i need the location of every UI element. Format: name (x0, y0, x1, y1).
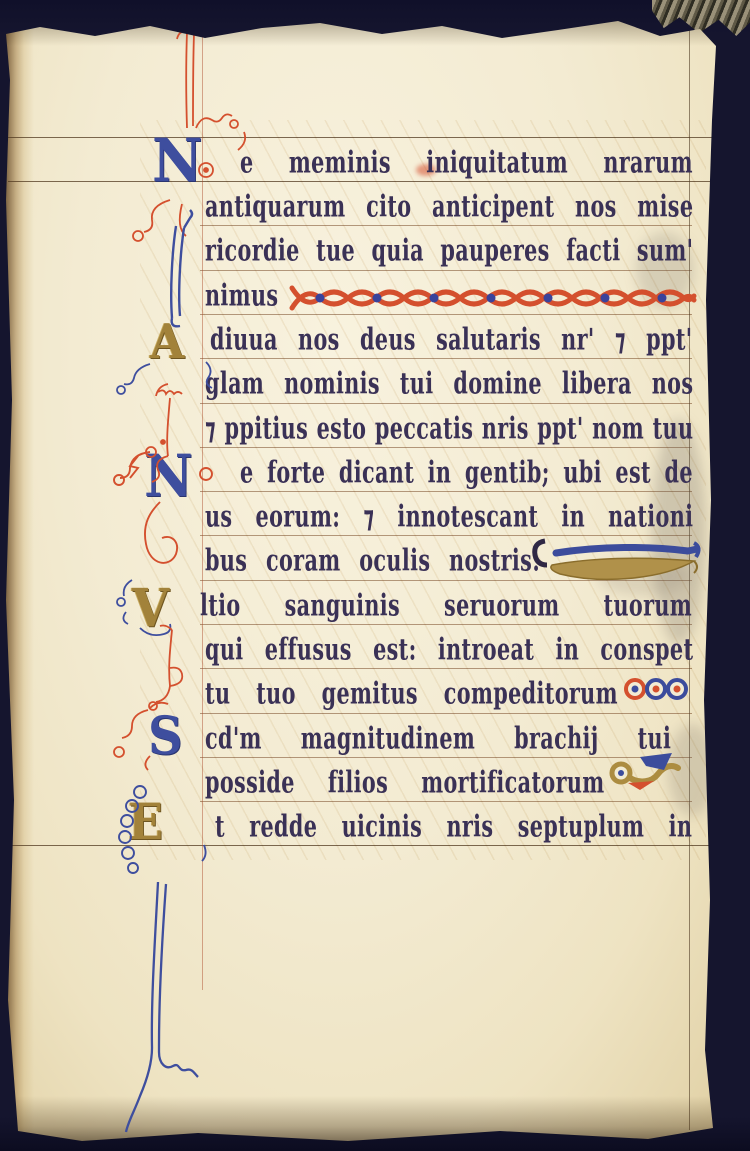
illuminated-initial-N: N (152, 126, 202, 196)
text-line-8: e forte dicant in gentib; ubi est de (240, 451, 693, 499)
bottom-edge-shadow (0, 1096, 750, 1151)
text-line-9: us eorum: ⁊ innotescant in nationi (205, 495, 693, 543)
text-line-7: ⁊ ppitius esto peccatis nris ppt' nom tu… (205, 407, 693, 455)
text-line-12: qui effusus est: introeat in conspet (205, 628, 693, 676)
text-line-15: posside filios mortificatorum (205, 761, 605, 809)
illuminated-initial-N2: N (144, 442, 193, 510)
text-line-1: e meminis iniquitatum nrarum (240, 141, 693, 189)
text-line-6: glam nominis tui domine libera nos (205, 362, 693, 410)
illuminated-initial-E: E (128, 792, 163, 851)
text-line-13: tu tuo gemitus compeditorum (205, 672, 618, 720)
text-line-10: bus coram oculis nostris: (205, 539, 540, 587)
illuminated-initial-V: V (132, 578, 169, 639)
text-line-4: nimus (205, 274, 427, 322)
text-line-16: t redde uicinis nris septuplum in (215, 805, 692, 853)
text-line-14: cd'm magnitudinem brachij tui (205, 717, 671, 765)
text-line-11: ltio sanguinis seruorum tuorum (200, 584, 692, 632)
text-line-5: diuua nos deus salutaris nr' ⁊ ppt' (210, 318, 692, 366)
manuscript-page: e meminis iniquitatum nrarum antiquarum … (0, 0, 750, 1151)
illuminated-initial-A: A (150, 314, 184, 370)
illuminated-initial-S: S (148, 706, 183, 767)
text-line-3: ricordie tue quia pauperes facti sum' (205, 229, 693, 277)
text-line-2: antiquarum cito anticipent nos mise (205, 185, 693, 233)
